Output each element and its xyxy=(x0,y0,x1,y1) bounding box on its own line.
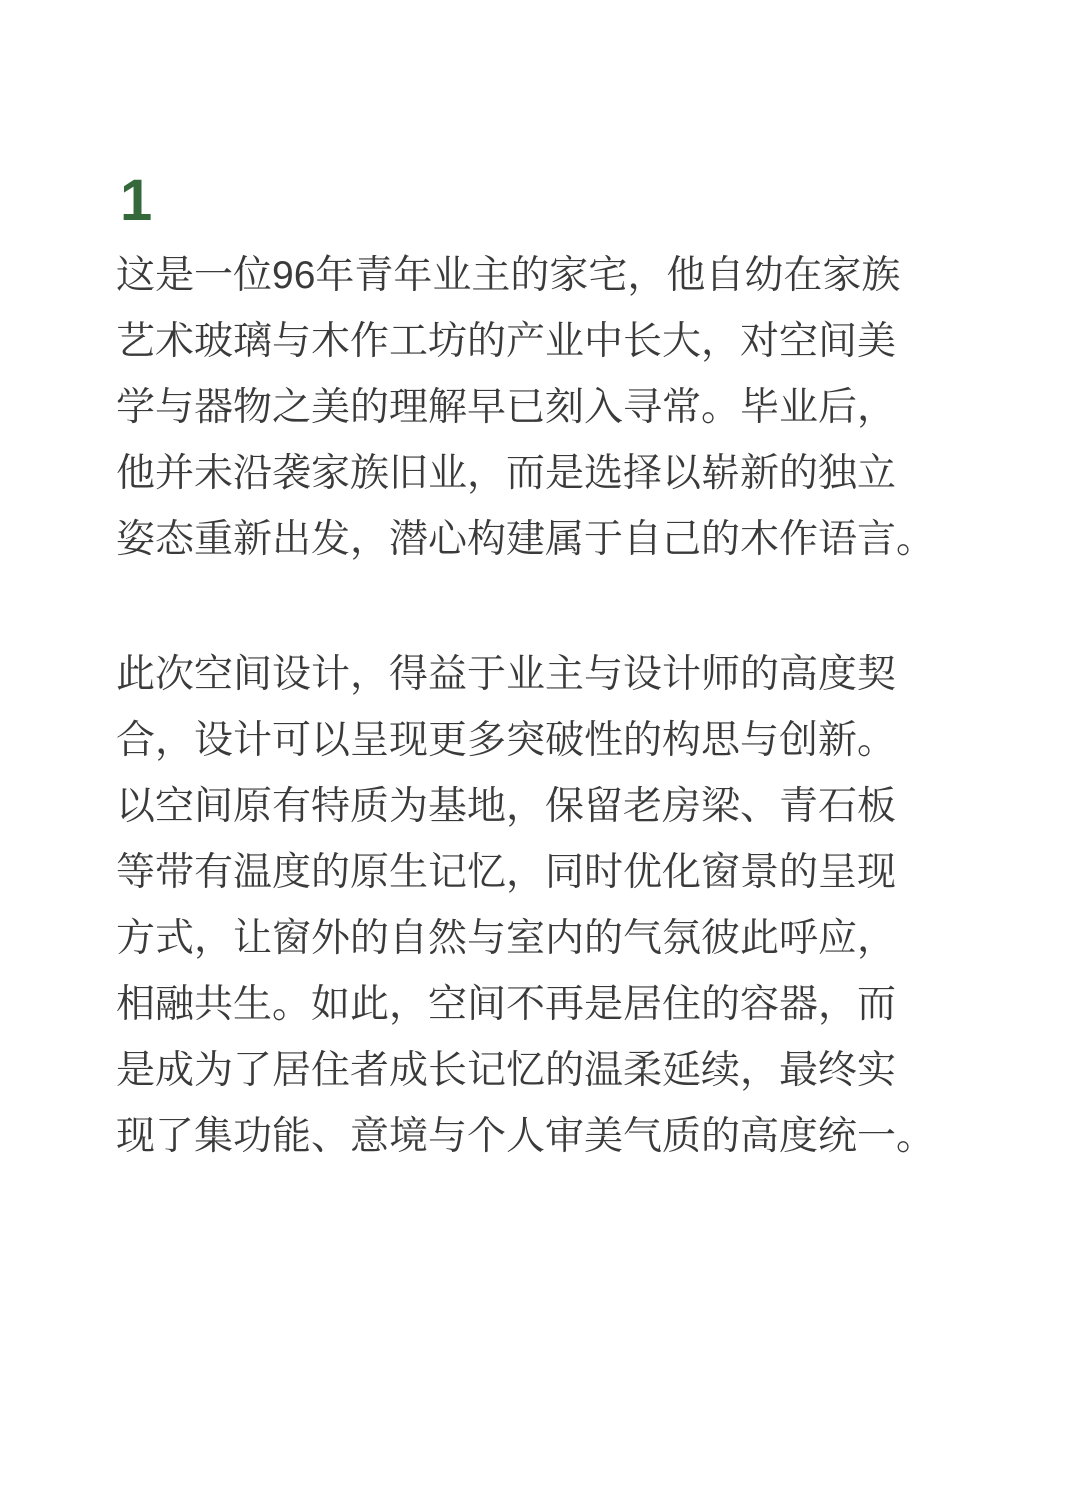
text-line: 艺术玻璃与木作工坊的产业中长大，对空间美 xyxy=(116,309,920,375)
text-line: 姿态重新出发，潜心构建属于自己的木作语言。 xyxy=(116,507,920,573)
text-line: 合，设计可以呈现更多突破性的构思与创新。 xyxy=(116,708,920,774)
text-line: 现了集功能、意境与个人审美气质的高度统一。 xyxy=(116,1104,920,1170)
text-line: 方式，让窗外的自然与室内的气氛彼此呼应， xyxy=(116,906,920,972)
text-line: 是成为了居住者成长记忆的温柔延续，最终实 xyxy=(116,1038,920,1104)
text-line: 等带有温度的原生记忆，同时优化窗景的呈现 xyxy=(116,840,920,906)
paragraph-design: 此次空间设计，得益于业主与设计师的高度契 合，设计可以呈现更多突破性的构思与创新… xyxy=(116,642,920,1170)
text-line: 学与器物之美的理解早已刻入寻常。毕业后， xyxy=(116,375,920,441)
section-number: 1 xyxy=(116,0,920,230)
text-line: 相融共生。如此，空间不再是居住的容器，而 xyxy=(116,972,920,1038)
text-line: 他并未沿袭家族旧业，而是选择以崭新的独立 xyxy=(116,441,920,507)
paragraph-intro: 这是一位96年青年业主的家宅，他自幼在家族 艺术玻璃与木作工坊的产业中长大，对空… xyxy=(116,243,920,573)
text-line: 此次空间设计，得益于业主与设计师的高度契 xyxy=(116,642,920,708)
text-line: 以空间原有特质为基地，保留老房梁、青石板 xyxy=(116,774,920,840)
text-line: 这是一位96年青年业主的家宅，他自幼在家族 xyxy=(116,243,920,309)
article-page: 1 这是一位96年青年业主的家宅，他自幼在家族 艺术玻璃与木作工坊的产业中长大，… xyxy=(0,0,1080,1500)
